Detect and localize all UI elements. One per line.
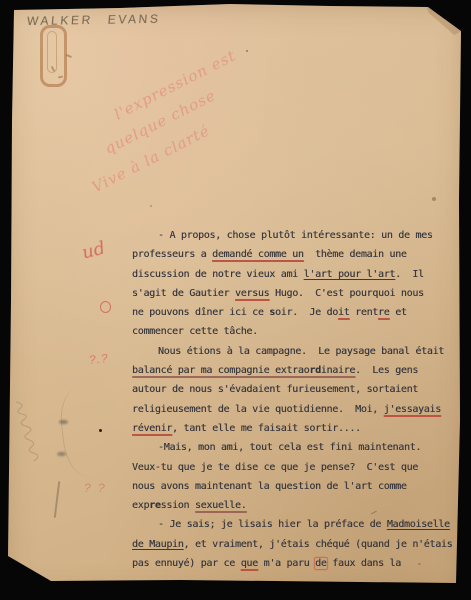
typed-line: nous avons maintenant la question de l'a… xyxy=(132,477,452,496)
typed-segment: ssion xyxy=(161,500,195,511)
typed-line: Veux-tu que je te dise ce que je pense? … xyxy=(132,458,452,477)
typed-segment: sexuelle. xyxy=(195,500,247,511)
manuscript-paper-sheet: WALKER EVANS l'expression est quelque ch… xyxy=(0,0,471,600)
typed-segment: oir. Je do xyxy=(275,307,338,318)
typed-segment: balancé par ma compagnie extrao xyxy=(132,365,309,376)
typed-segment: et xyxy=(389,307,406,318)
typed-line: autour de nous s'évadaient furieusement,… xyxy=(132,380,452,399)
typed-line: s'agit de Gautier versus Hugo. C'est pou… xyxy=(132,284,452,303)
typed-line: Nous étions à la campagne. Le paysage ba… xyxy=(132,342,452,361)
typed-segment: Veux-tu que je te dise ce que je pense? … xyxy=(132,462,418,473)
typed-segment: faux dans la xyxy=(327,558,401,569)
typed-segment: nous avons maintenant la question de l'a… xyxy=(132,481,407,492)
typed-segment: professeurs a xyxy=(132,249,212,260)
pencil-margin-scribble xyxy=(5,398,42,479)
typed-segment: re xyxy=(149,500,160,511)
typed-segment: . Il xyxy=(395,269,424,280)
typed-segment: Hugo. C'est pourquoi nous xyxy=(269,288,423,299)
typed-segment: rd xyxy=(309,365,320,376)
typed-line: expression sexuelle. xyxy=(132,496,452,515)
typed-line: balancé par ma compagnie extraordinaire.… xyxy=(132,361,452,380)
graphite-smudge xyxy=(59,420,68,424)
red-question-marks-lower: ? ? xyxy=(84,481,107,495)
pencil-curve-mark xyxy=(57,386,108,478)
typed-segment: pas ennuyé) par ce xyxy=(132,558,241,569)
ink-speck xyxy=(99,429,102,432)
typed-segment: , et vraiment, j'étais chéqué (quand je … xyxy=(184,539,453,550)
pencil-margin-stroke xyxy=(54,481,60,518)
red-squiggle-mark: ud xyxy=(80,238,108,264)
typed-segment: Madmoiselle xyxy=(387,519,450,530)
typed-segment: discussion de notre vieux ami xyxy=(132,269,304,280)
paper-stain xyxy=(432,197,436,201)
typed-line: pas ennuyé) par ce que m'a paru de faux … xyxy=(132,554,452,573)
paper-stain xyxy=(246,50,248,52)
red-question-marks-upper: ?.? xyxy=(88,351,109,367)
typed-line: de Maupin, et vraiment, j'étais chéqué (… xyxy=(132,535,452,554)
typed-segment: demandé comme un xyxy=(212,249,304,260)
typed-segment: ne pouvons dîner ici ce xyxy=(132,307,269,318)
typed-text: - A propos, chose plutôt intéressante: u… xyxy=(132,226,452,573)
typed-segment: Nous étions à la campagne. Le paysage ba… xyxy=(158,346,444,357)
typed-segment: j'essayais xyxy=(384,404,441,415)
typed-segment: autour de nous s'évadaient furieusement,… xyxy=(132,384,418,395)
red-circle-mark xyxy=(100,301,111,313)
typed-line: discussion de notre vieux ami l'art pour… xyxy=(132,265,452,284)
typed-line: professeurs a demandé comme un thème dem… xyxy=(132,245,452,264)
typed-segment: -Mais, mon ami, tout cela est fini maint… xyxy=(158,442,421,453)
typed-segment: thème demain une xyxy=(304,249,407,260)
typed-segment: re xyxy=(378,307,389,318)
typed-line: commencer cette tâche. xyxy=(132,322,452,341)
typed-segment: que xyxy=(241,558,258,569)
typed-segment: versus xyxy=(235,288,269,299)
typed-segment: m'a paru xyxy=(258,558,315,569)
typed-segment: de xyxy=(315,558,326,569)
typed-segment: de Maupin xyxy=(132,539,184,550)
typed-line: -Mais, mon ami, tout cela est fini maint… xyxy=(132,438,452,457)
typed-segment: inaire xyxy=(321,365,355,376)
typed-segment: s'agit de Gautier xyxy=(132,288,235,299)
paper-stain xyxy=(418,563,421,565)
typed-segment: exp xyxy=(132,500,149,511)
typed-line: révenir, tant elle me faisait sortir.... xyxy=(132,419,452,438)
typed-segment: , tant elle me faisait sortir.... xyxy=(172,423,361,434)
paper-stain xyxy=(150,205,152,207)
typed-segment: - Je sais; je lisais hier la préface de xyxy=(158,519,387,530)
typed-line: - A propos, chose plutôt intéressante: u… xyxy=(132,226,452,245)
typed-segment: commencer cette tâche. xyxy=(132,326,258,337)
typed-segment: révenir xyxy=(132,423,172,434)
scanned-page-view: WALKER EVANS l'expression est quelque ch… xyxy=(0,0,471,600)
typed-line: - Je sais; je lisais hier la préface de … xyxy=(132,515,452,534)
typed-segment: rent xyxy=(349,307,378,318)
typed-line: ne pouvons dîner ici ce soir. Je doit re… xyxy=(132,303,452,322)
typed-segment: - A propos, chose plutôt intéressante: u… xyxy=(158,230,433,241)
typed-segment: l'art pour l'art xyxy=(304,269,396,280)
typed-segment: it xyxy=(338,307,349,318)
typed-line: religieusement de la vie quotidienne. Mo… xyxy=(132,400,452,419)
typed-segment: . Les gens xyxy=(355,365,418,376)
graphite-smudge xyxy=(57,452,66,456)
typed-segment: religieusement de la vie quotidienne. Mo… xyxy=(132,404,384,415)
